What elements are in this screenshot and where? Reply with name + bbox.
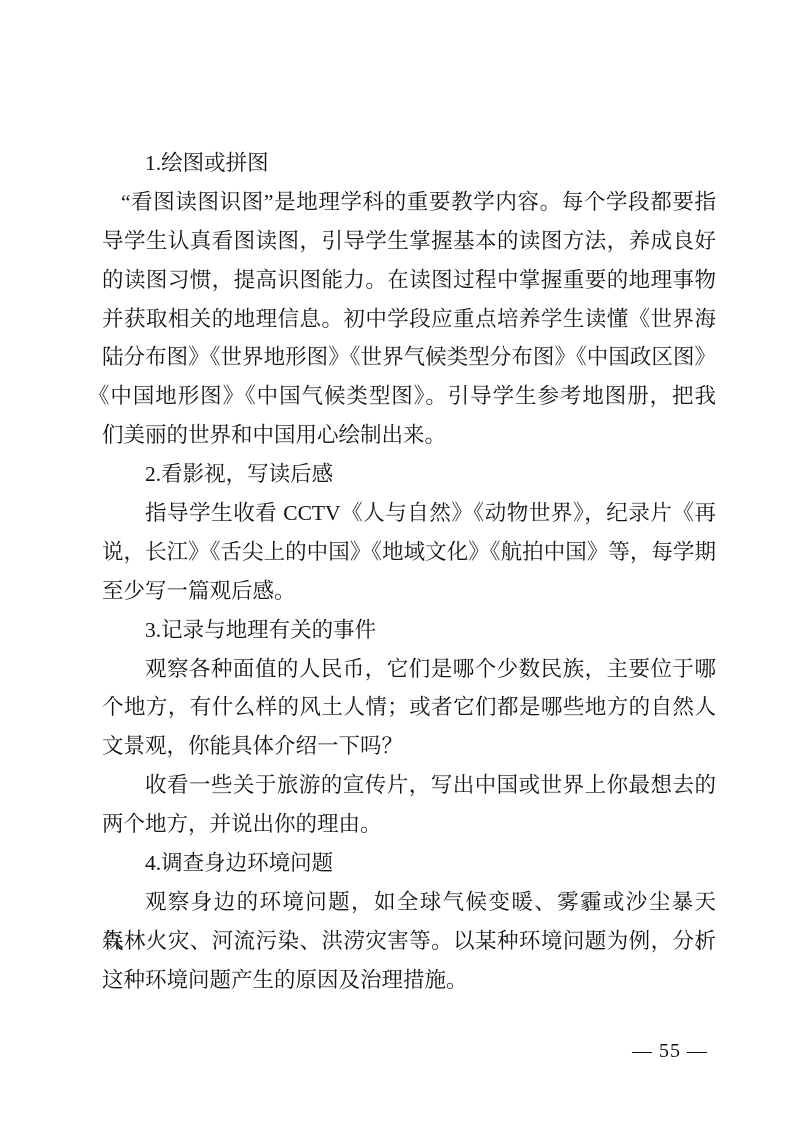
text-line: 的读图习惯，提高识图能力。在读图过程中掌握重要的地理事物 [102,261,716,300]
document-body: 1.绘图或拼图“看图读图识图”是地理学科的重要教学内容。每个学段都要指导学生认真… [102,144,716,1000]
text-line: 说，长江》《舌尖上的中国》《地域文化》《航拍中国》等，每学期 [102,533,716,572]
text-line: 收看一些关于旅游的宣传片，写出中国或世界上你最想去的 [102,766,716,805]
text-line: 4.调查身边环境问题 [102,844,716,883]
text-line: 这种环境问题产生的原因及治理措施。 [102,961,716,1000]
text-line: 导学生认真看图读图，引导学生掌握基本的读图方法，养成良好 [102,222,716,261]
text-line: 个地方，有什么样的风土人情；或者它们都是哪些地方的自然人 [102,688,716,727]
text-line: 2.看影视，写读后感 [102,455,716,494]
text-line: 1.绘图或拼图 [102,144,716,183]
text-line: 《中国地形图》《中国气候类型图》。引导学生参考地图册，把我 [88,377,716,416]
text-line: 们美丽的世界和中国用心绘制出来。 [102,416,716,455]
text-line: “看图读图识图”是地理学科的重要教学内容。每个学段都要指 [102,183,716,222]
text-line: 观察身边的环境问题，如全球气候变暖、雾霾或沙尘暴天气、 [102,883,716,922]
text-line: 指导学生收看 CCTV《人与自然》《动物世界》，纪录片《再 [102,494,716,533]
text-line: 3.记录与地理有关的事件 [102,611,716,650]
text-line: 文景观，你能具体介绍一下吗？ [102,727,716,766]
document-page: 1.绘图或拼图“看图读图识图”是地理学科的重要教学内容。每个学段都要指导学生认真… [0,0,794,1123]
text-line: 并获取相关的地理信息。初中学段应重点培养学生读懂《世界海 [102,300,716,339]
text-line: 两个地方，并说出你的理由。 [102,805,716,844]
text-line: 至少写一篇观后感。 [102,572,716,611]
text-line: 观察各种面值的人民币，它们是哪个少数民族，主要位于哪 [102,650,716,689]
page-number: — 55 — [632,1040,708,1063]
text-line: 森林火灾、河流污染、洪涝灾害等。以某种环境问题为例，分析 [102,922,716,961]
text-line: 陆分布图》《世界地形图》《世界气候类型分布图》《中国政区图》 [102,338,716,377]
